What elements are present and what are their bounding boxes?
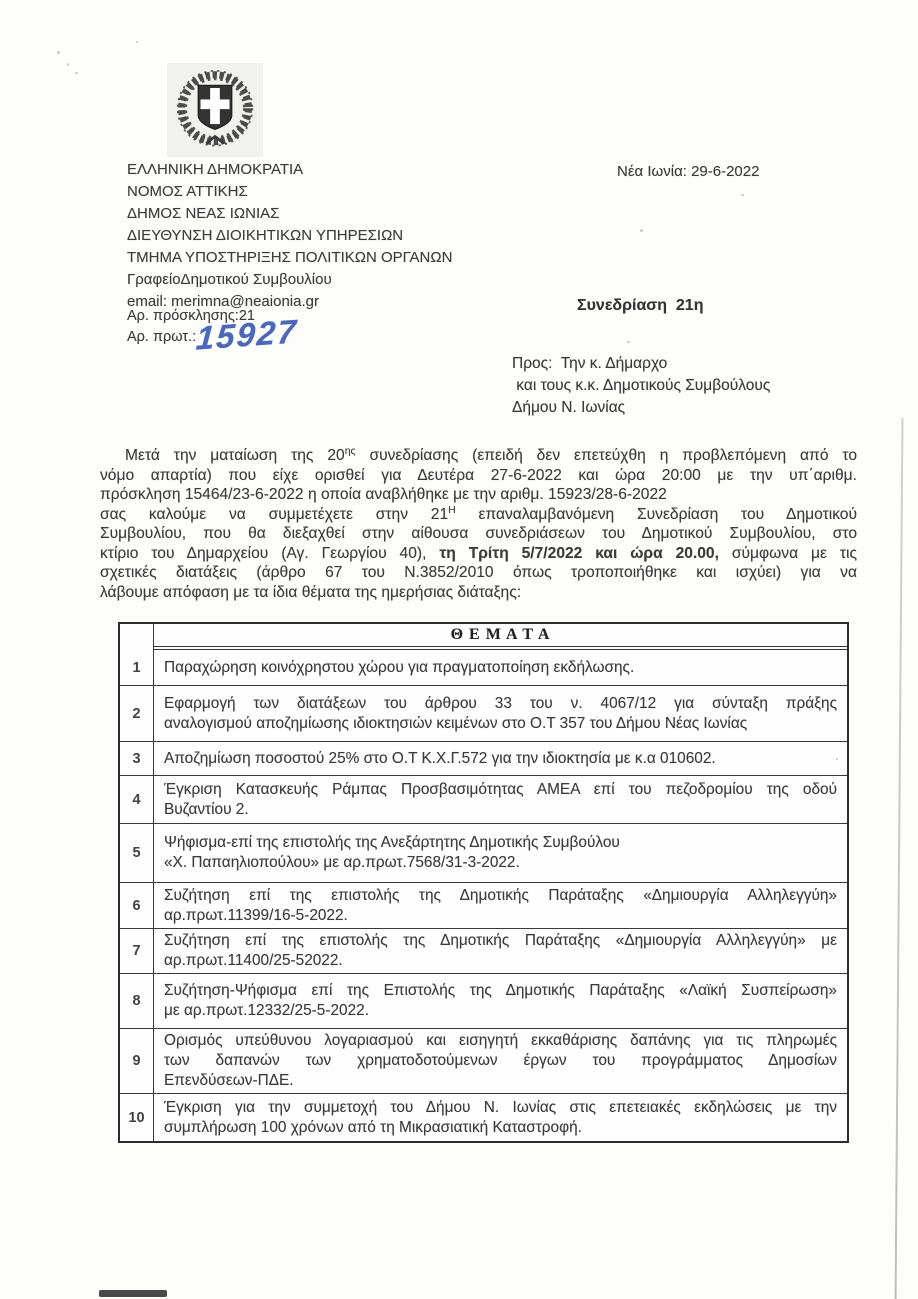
table-row: 5Ψήφισμα-επί της επιστολής της Ανεξάρτητ… <box>120 823 847 882</box>
topic-line: αρ.πρωτ.11400/25-52022. <box>164 951 837 971</box>
table-row: 6Συζήτηση επί της επιστολής της Δημοτική… <box>120 882 847 928</box>
body-line: νόμο απαρτία) που είχε ορισθεί για Δευτέ… <box>100 466 857 486</box>
table-row: 7Συζήτηση επί της επιστολής της Δημοτική… <box>120 928 847 973</box>
body-line: πρόσκληση 15464/23-6-2022 η οποία αναβλή… <box>100 485 857 505</box>
recipient-line: Δήμου Ν. Ιωνίας <box>512 397 770 419</box>
table-row: 4Έγκριση Κατασκευής Ράμπας Προσβασιμότητ… <box>120 775 847 823</box>
body-text-segment: επαναλαμβανόμενη Συνεδρίαση του Δημοτικο… <box>456 506 857 523</box>
body-text-segment: κτίριο του Δημαρχείου (Αγ. Γεωργίου 40), <box>100 545 439 562</box>
body-text-segment: σας καλούμε να συμμετέχετε στην 21 <box>100 506 448 523</box>
topic-number: 10 <box>120 1094 154 1141</box>
scan-speck <box>627 341 630 343</box>
topic-text: Συζήτηση-Ψήφισμα επί της Επιστολής της Δ… <box>154 974 847 1028</box>
agency-lines: ΕΛΛΗΝΙΚΗ ΔΗΜΟΚΡΑΤΙΑΝΟΜΟΣ ΑΤΤΙΚΗΣΔΗΜΟΣ ΝΕ… <box>127 159 547 313</box>
scan-speck <box>75 72 78 74</box>
topic-number: 2 <box>120 686 154 741</box>
scan-speck <box>640 229 643 232</box>
scan-edge-line <box>895 418 904 1299</box>
table-header-row: Θ Ε Μ Α Τ Α <box>120 624 847 650</box>
place-and-date: Νέα Ιωνία: 29-6-2022 <box>617 163 759 180</box>
topic-line: Επενδύσεων-ΠΔΕ. <box>164 1071 837 1091</box>
body-text-segment: πρόσκληση 15464/23-6-2022 η οποία αναβλή… <box>100 486 667 503</box>
table-body: 1Παραχώρηση κοινόχρηστου χώρου για πραγμ… <box>120 650 847 1141</box>
topic-line: με αρ.πρωτ.12332/25-5-2022. <box>164 1001 837 1021</box>
body-text-segment: ης <box>345 445 356 457</box>
table-header-title: Θ Ε Μ Α Τ Α <box>154 624 847 650</box>
topic-text: Εφαρμογή των διατάξεων του άρθρου 33 του… <box>154 686 847 741</box>
body-line: Μετά την ματαίωση της 20ης συνεδρίασης (… <box>100 446 857 466</box>
scan-bottom-smudge <box>99 1290 167 1297</box>
recipient-line: Προς: Την κ. Δήμαρχο <box>512 353 770 375</box>
topic-number: 8 <box>120 974 154 1028</box>
topic-line: Εφαρμογή των διατάξεων του άρθρου 33 του… <box>164 694 837 714</box>
table-row: 10Έγκριση για την συμμετοχή του Δήμου Ν.… <box>120 1093 847 1141</box>
topic-text: Συζήτηση επί της επιστολής της Δημοτικής… <box>154 883 847 928</box>
topic-line: Συζήτηση-Ψήφισμα επί της Επιστολής της Δ… <box>164 981 837 1001</box>
body-line: Συμβουλίου, που θα διεξαχθεί στην αίθουσ… <box>100 524 857 544</box>
topic-text: Συζήτηση επί της επιστολής της Δημοτικής… <box>154 929 847 973</box>
body-text-segment: Η <box>448 503 456 515</box>
body-text-segment: τη Τρίτη 5/7/2022 και ώρα 20.00, <box>439 545 719 562</box>
table-row: 8Συζήτηση-Ψήφισμα επί της Επιστολής της … <box>120 973 847 1028</box>
body-line: κτίριο του Δημαρχείου (Αγ. Γεωργίου 40),… <box>100 544 857 564</box>
table-row: 3Αποζημίωση ποσοστού 25% στο Ο.Τ Κ.Χ.Γ.5… <box>120 741 847 775</box>
body-paragraph: Μετά την ματαίωση της 20ης συνεδρίασης (… <box>100 446 857 602</box>
greek-coat-of-arms-icon <box>170 66 260 154</box>
body-text-segment: συνεδρίασης (επειδή δεν επετεύχθη η προβ… <box>356 447 857 464</box>
agency-line: ΔΗΜΟΣ ΝΕΑΣ ΙΩΝΙΑΣ <box>127 203 547 225</box>
table-row: 9Ορισμός υπεύθυνου λογαριασμού και εισηγ… <box>120 1028 847 1093</box>
body-line: λάβουμε απόφαση με τα ίδια θέματα της ημ… <box>100 583 857 603</box>
agency-line: ΓραφείοΔημοτικού Συμβουλίου <box>127 269 547 291</box>
body-text-segment: λάβουμε απόφαση με τα ίδια θέματα της ημ… <box>100 584 521 601</box>
scan-speck <box>136 41 138 43</box>
agency-line: ΤΜΗΜΑ ΥΠΟΣΤΗΡΙΞΗΣ ΠΟΛΙΤΙΚΩΝ ΟΡΓΑΝΩΝ <box>127 247 547 269</box>
topic-line: συμπλήρωση 100 χρόνων από τη Μικρασιατικ… <box>164 1118 837 1138</box>
scan-speck <box>741 194 744 196</box>
body-text-segment: Μετά την ματαίωση της 20 <box>125 447 345 464</box>
topic-line: αρ.πρωτ.11399/16-5-2022. <box>164 906 837 926</box>
agency-line: ΔΙΕΥΘΥΝΣΗ ΔΙΟΙΚΗΤΙΚΩΝ ΥΠΗΡΕΣΙΩΝ <box>127 225 547 247</box>
session-title: Συνεδρίαση 21η <box>577 297 703 315</box>
agency-line: ΕΛΛΗΝΙΚΗ ΔΗΜΟΚΡΑΤΙΑ <box>127 159 547 181</box>
emblem-box <box>167 63 263 157</box>
topic-line: Έγκριση Κατασκευής Ράμπας Προσβασιμότητα… <box>164 780 837 800</box>
topic-line: Παραχώρηση κοινόχρηστου χώρου για πραγμα… <box>164 658 837 678</box>
agency-block: ΕΛΛΗΝΙΚΗ ΔΗΜΟΚΡΑΤΙΑΝΟΜΟΣ ΑΤΤΙΚΗΣΔΗΜΟΣ ΝΕ… <box>127 159 547 313</box>
body-line: σας καλούμε να συμμετέχετε στην 21Η επαν… <box>100 505 857 525</box>
topic-text: Παραχώρηση κοινόχρηστου χώρου για πραγμα… <box>154 650 847 685</box>
topic-line: Συζήτηση επί της επιστολής της Δημοτικής… <box>164 931 837 951</box>
body-line: σχετικές διατάξεις (άρθρο 67 του Ν.3852/… <box>100 563 857 583</box>
topic-text: Έγκριση Κατασκευής Ράμπας Προσβασιμότητα… <box>154 776 847 823</box>
topic-line: Ορισμός υπεύθυνου λογαριασμού και εισηγη… <box>164 1031 837 1051</box>
body-text-segment: σχετικές διατάξεις (άρθρο 67 του Ν.3852/… <box>100 564 857 581</box>
topic-number: 4 <box>120 776 154 823</box>
topic-text: Αποζημίωση ποσοστού 25% στο Ο.Τ Κ.Χ.Γ.57… <box>154 742 847 775</box>
table-row: 1Παραχώρηση κοινόχρηστου χώρου για πραγμ… <box>120 650 847 685</box>
topic-number: 3 <box>120 742 154 775</box>
topic-text: Έγκριση για την συμμετοχή του Δήμου Ν. Ι… <box>154 1094 847 1141</box>
topic-text: Ορισμός υπεύθυνου λογαριασμού και εισηγη… <box>154 1029 847 1093</box>
handwritten-protocol-number: 15927 <box>195 312 299 357</box>
topic-number: 5 <box>120 824 154 882</box>
body-text-segment: Συμβουλίου, που θα διεξαχθεί στην αίθουσ… <box>100 525 857 542</box>
topic-number: 1 <box>120 650 154 685</box>
topic-line: Συζήτηση επί της επιστολής της Δημοτικής… <box>164 886 837 906</box>
scan-speck <box>67 63 69 66</box>
scan-speck <box>836 758 838 760</box>
topics-table: Θ Ε Μ Α Τ Α 1Παραχώρηση κοινόχρηστου χώρ… <box>118 622 849 1143</box>
topic-line: Αποζημίωση ποσοστού 25% στο Ο.Τ Κ.Χ.Γ.57… <box>164 749 837 769</box>
topic-line: Βυζαντίου 2. <box>164 800 837 820</box>
scan-speck <box>57 51 60 54</box>
table-header-number-cell <box>120 624 154 650</box>
agency-line: ΝΟΜΟΣ ΑΤΤΙΚΗΣ <box>127 181 547 203</box>
topic-line: Ψήφισμα-επί της επιστολής της Ανεξάρτητη… <box>164 833 837 853</box>
topic-line: των δαπανών των χρηματοδοτούμενων έργων … <box>164 1051 837 1071</box>
body-text-segment: σύμφωνα με τις <box>719 545 857 562</box>
topic-line: αναλογισμού αποζημίωσης ιδιοκτησιών κειμ… <box>164 714 837 734</box>
topic-number: 6 <box>120 883 154 928</box>
topic-line: Έγκριση για την συμμετοχή του Δήμου Ν. Ι… <box>164 1098 837 1118</box>
recipient-line: και τους κ.κ. Δημοτικούς Συμβούλους <box>512 375 770 397</box>
scanned-letter-page: ΕΛΛΗΝΙΚΗ ΔΗΜΟΚΡΑΤΙΑΝΟΜΟΣ ΑΤΤΙΚΗΣΔΗΜΟΣ ΝΕ… <box>0 0 918 1299</box>
topic-line: «Χ. Παπαηλιοπούλου» με αρ.πρωτ.7568/31-3… <box>164 853 837 873</box>
topic-number: 9 <box>120 1029 154 1093</box>
topic-number: 7 <box>120 929 154 973</box>
topic-text: Ψήφισμα-επί της επιστολής της Ανεξάρτητη… <box>154 824 847 882</box>
table-row: 2Εφαρμογή των διατάξεων του άρθρου 33 το… <box>120 685 847 741</box>
recipients-block: Προς: Την κ. Δήμαρχο και τους κ.κ. Δημοτ… <box>512 353 770 419</box>
body-text-segment: νόμο απαρτία) που είχε ορισθεί για Δευτέ… <box>100 467 857 484</box>
